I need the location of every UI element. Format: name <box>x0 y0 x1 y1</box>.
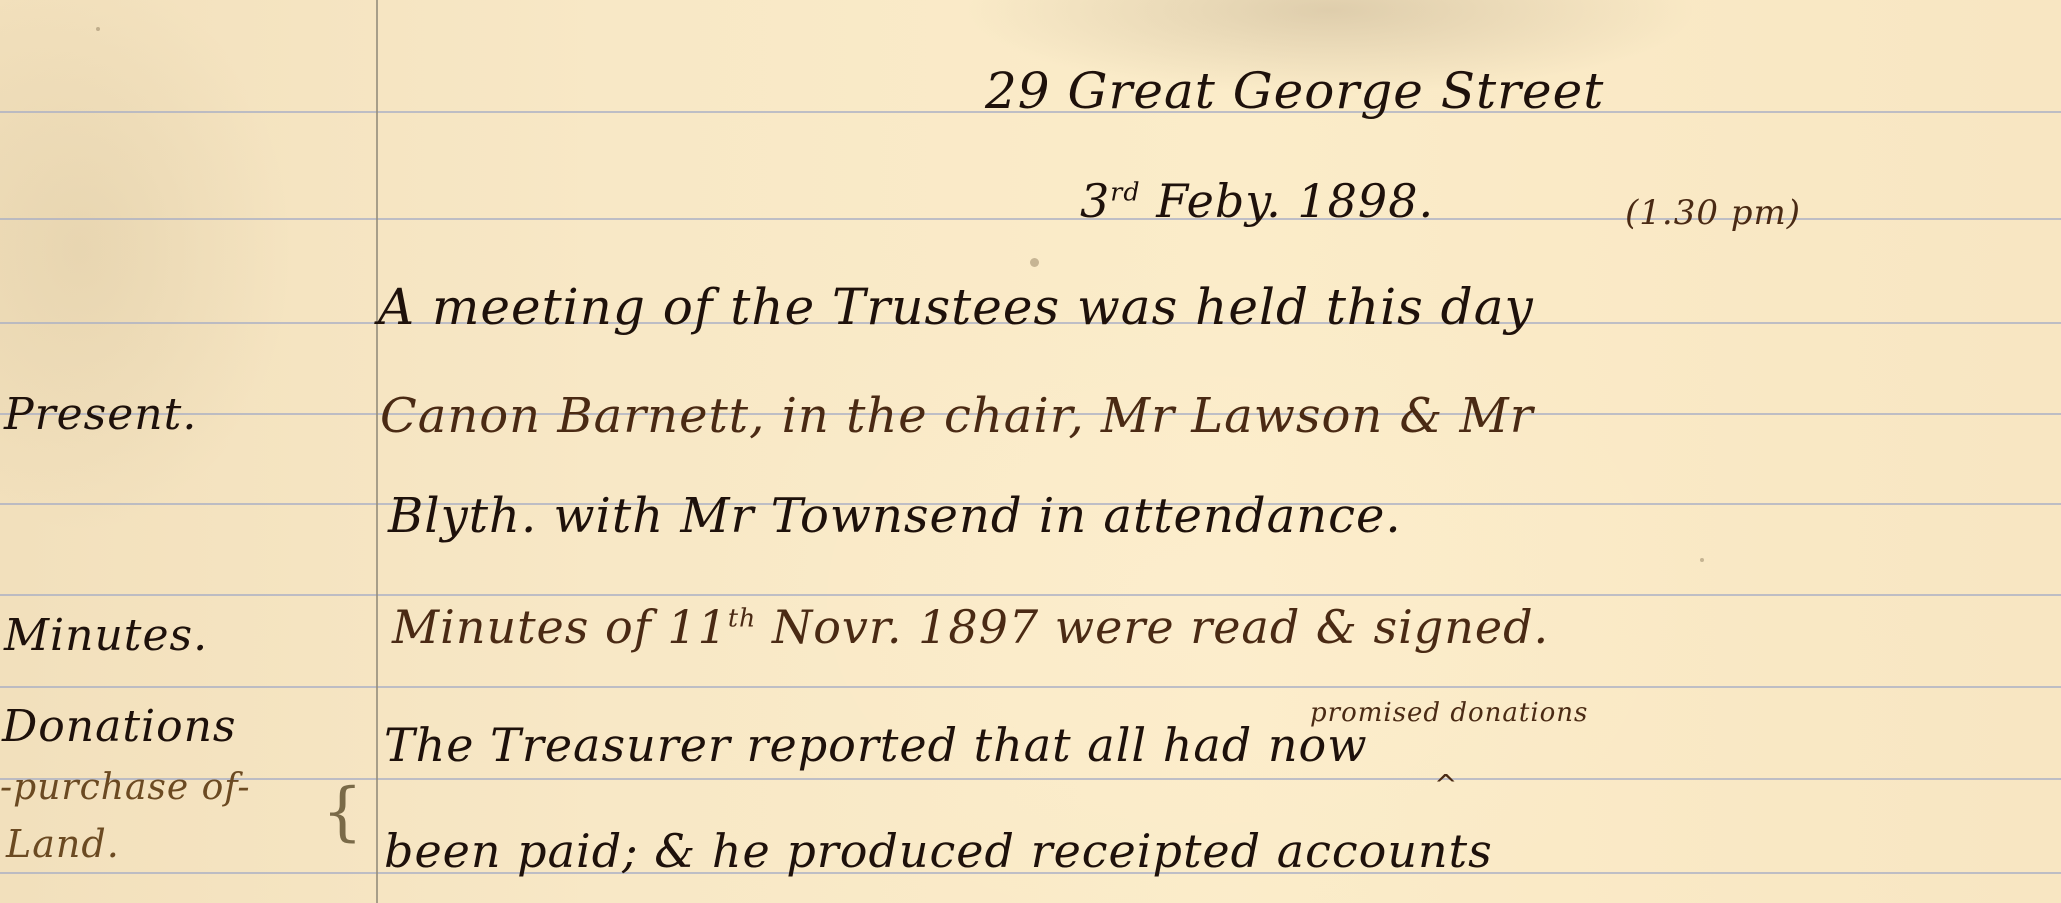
time-note: (1.30 pm) <box>1625 196 1801 230</box>
margin-note-minutes: Minutes. <box>4 614 208 658</box>
date-month-year: Feby. 1898. <box>1156 174 1434 228</box>
minutes-text-b: Novr. 1897 were read & signed. <box>756 600 1549 654</box>
margin-brace: { <box>322 780 363 844</box>
body-line-2: Canon Barnett, in the chair, Mr Lawson &… <box>380 392 1534 440</box>
insertion-caret: ^ <box>1434 768 1457 801</box>
ruled-line <box>0 686 2061 688</box>
date-day: 3 <box>1080 174 1110 228</box>
body-line-5: The Treasurer reported that all had now <box>384 722 1368 768</box>
paper-spot <box>96 27 100 31</box>
paper-spot <box>1700 558 1704 562</box>
ruled-line <box>0 594 2061 596</box>
date-heading: 3rd Feby. 1898. <box>1080 178 1434 224</box>
minutes-sup: th <box>728 604 756 633</box>
margin-line <box>376 0 378 903</box>
margin-note-purchase: -purchase of- <box>0 770 251 806</box>
body-line-4: Minutes of 11th Novr. 1897 were read & s… <box>392 604 1549 650</box>
minutes-text-a: Minutes of 11 <box>392 600 728 654</box>
body-line-1: A meeting of the Trustees was held this … <box>378 282 1534 332</box>
date-day-suffix: rd <box>1110 178 1140 207</box>
paper-spot <box>1030 258 1039 267</box>
margin-note-donations: Donations <box>2 705 237 749</box>
ruled-line <box>0 778 2061 780</box>
address-heading: 29 Great George Street <box>985 66 1604 116</box>
ledger-page: 29 Great George Street 3rd Feby. 1898. (… <box>0 0 2061 903</box>
margin-note-present: Present. <box>4 393 197 437</box>
margin-note-land: Land. <box>6 825 120 863</box>
body-line-6: been paid; & he produced receipted accou… <box>384 828 1493 874</box>
body-line-3: Blyth. with Mr Townsend in attendance. <box>388 492 1402 540</box>
